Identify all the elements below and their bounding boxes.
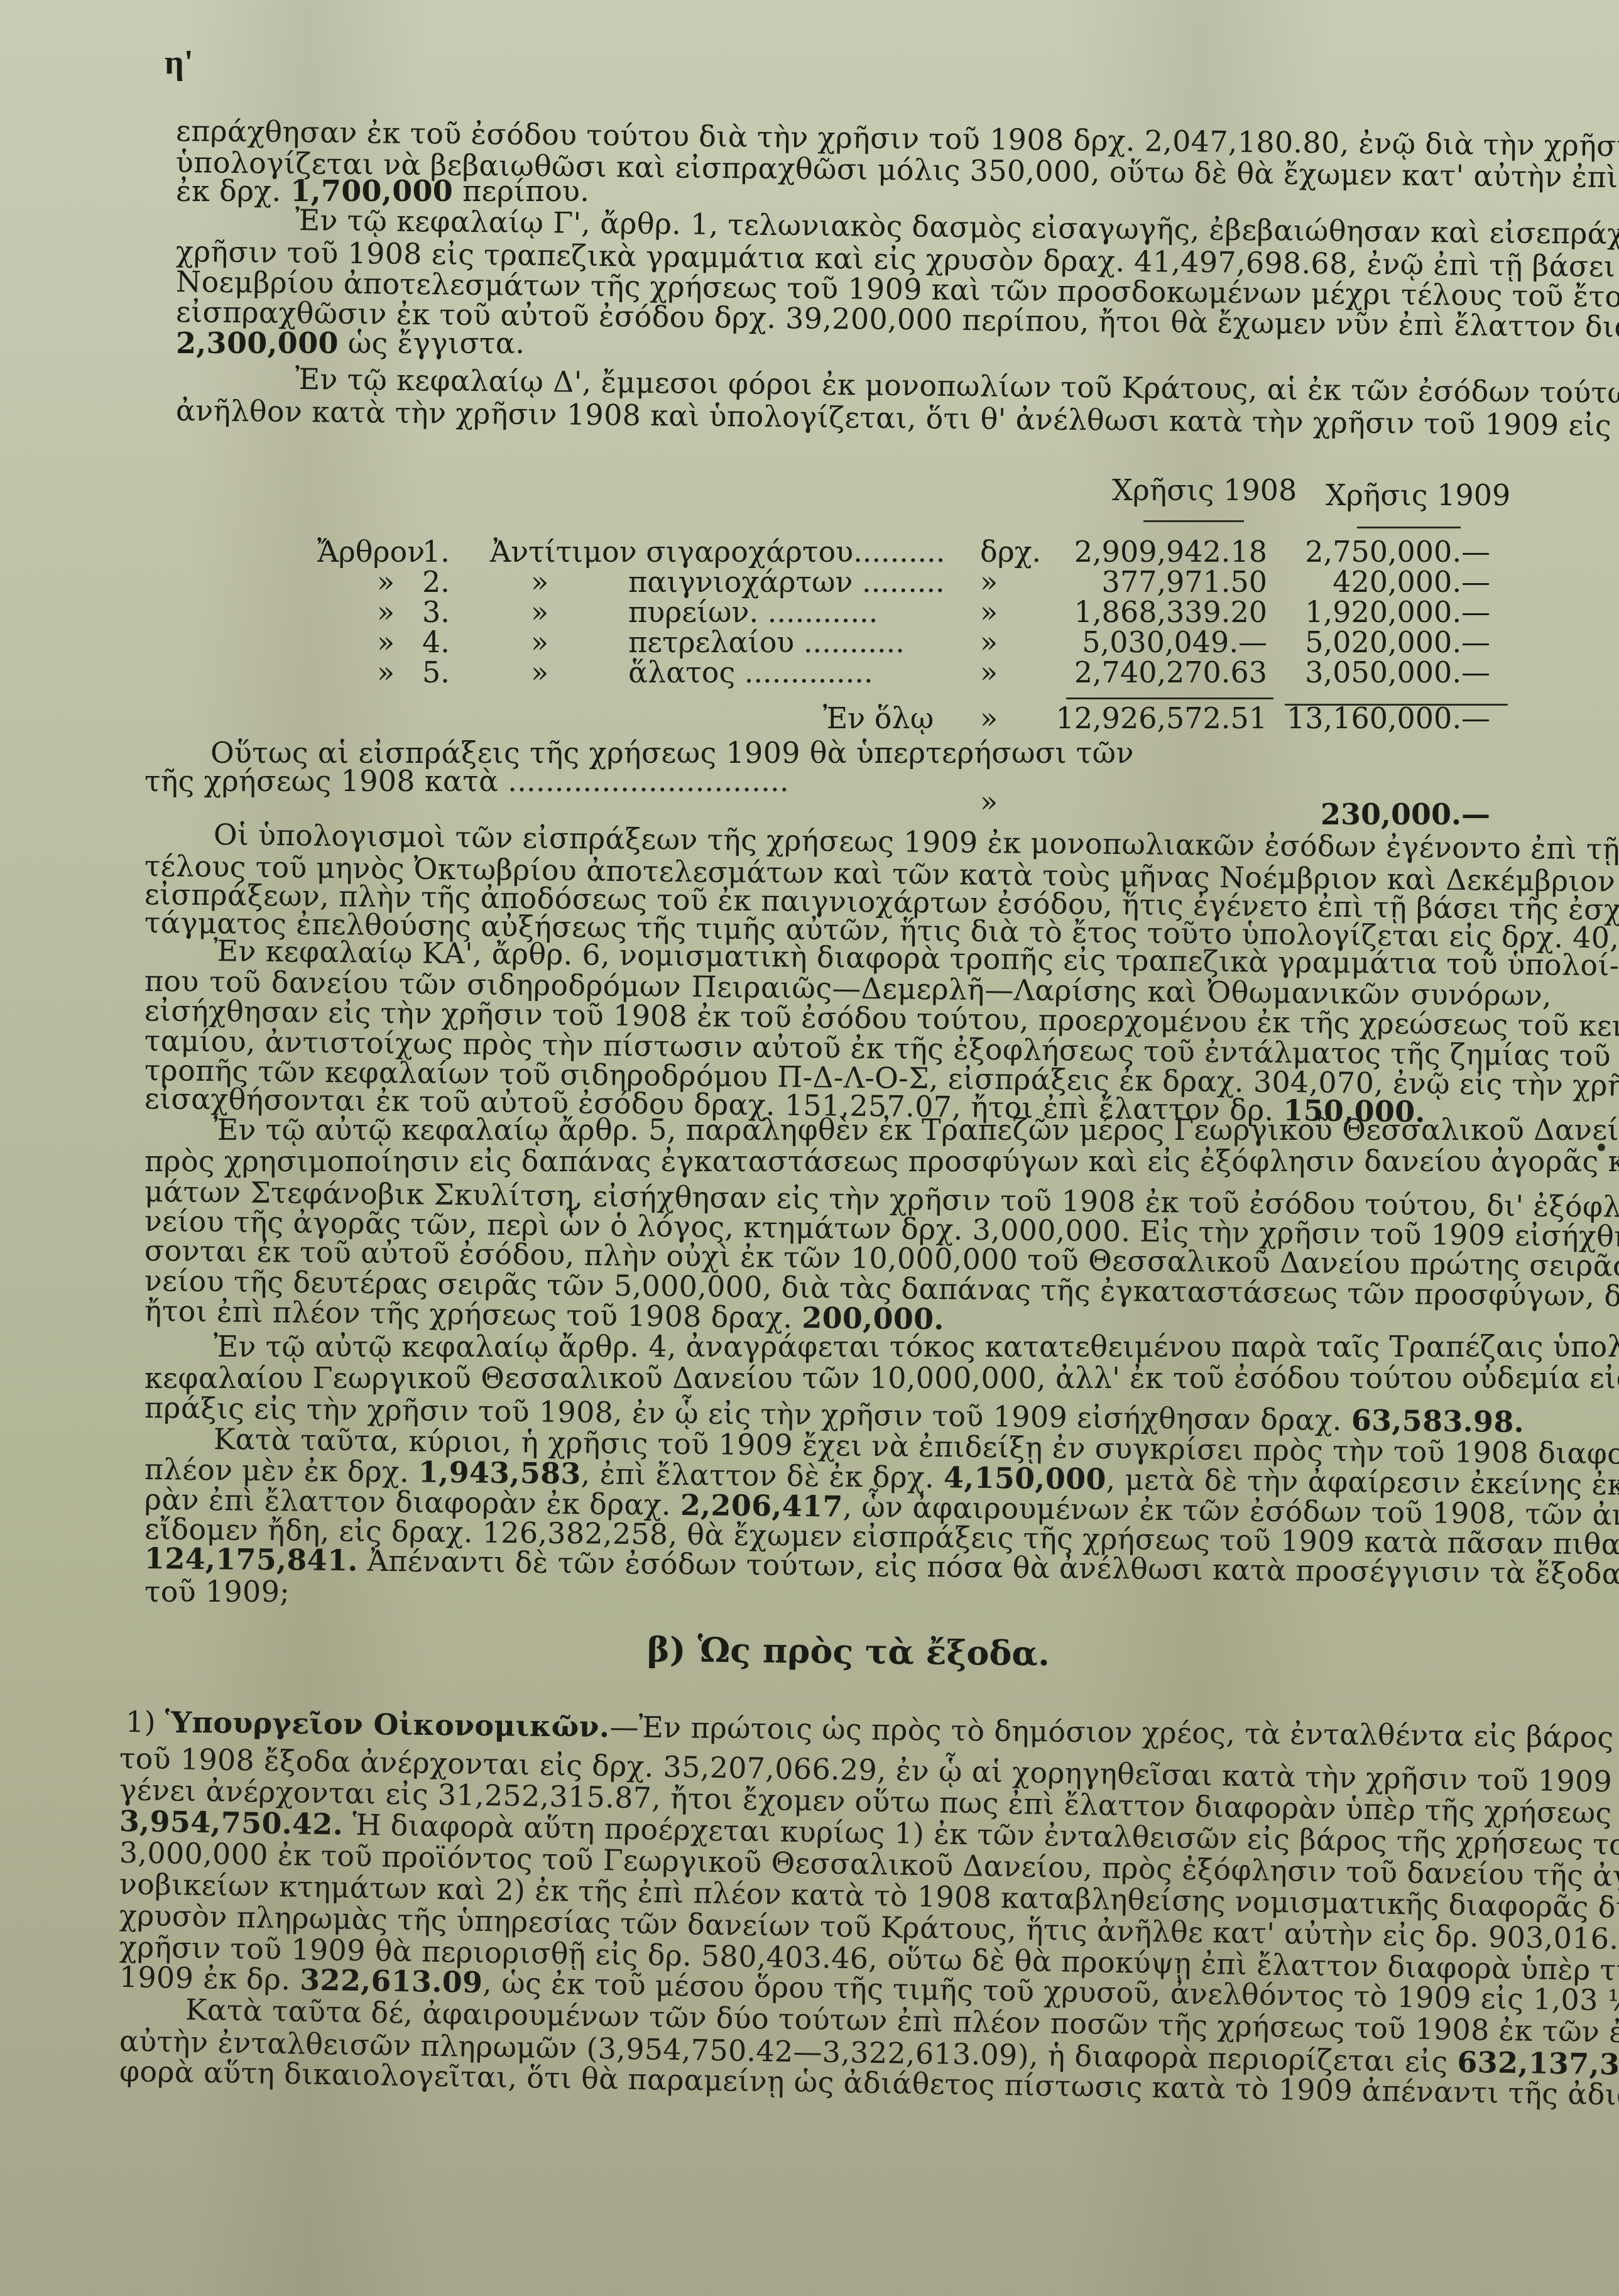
column-header-1909: Χρῆσις 1909 [1326,478,1510,513]
column-header-1908: Χρῆσις 1908 [1112,473,1297,508]
sum-rule [1066,697,1273,699]
section-heading-expenses: β) Ὡς πρὸς τὰ ἔξοδα. [647,1629,1050,1674]
page-number: η' [165,43,194,82]
total-label: Ἐν ὅλῳ [823,701,934,736]
table-total-row: Ἐν ὅλῳ » 12,926,572.51 13,160,000.— [0,701,1619,736]
table-row: » 5. » ἅλατος .............. » 2,740,270… [0,655,1619,690]
text-line: κεφαλαίου Γεωργικοῦ Θεσσαλικοῦ Δανείου τ… [144,1360,1552,1396]
surplus-amount: 230,000.— [1321,797,1490,832]
header-rule [1357,527,1461,528]
ministry-title: Ὑπουργεῖον Οἰκονομικῶν. [165,1705,609,1744]
text-line: τοῦ 1909; [144,1574,1527,1609]
text-line: πρὸς χρησιμοποίησιν εἰς δαπάνας ἐγκαταστ… [144,1144,1552,1179]
text-line: Ἐν τῷ αὐτῷ κεφαλαίῳ ἄρθρ. 4, ἀναγράφεται… [214,1329,1545,1364]
header-rule [1143,520,1244,522]
bold-amount: 2,300,000 [176,326,339,360]
text-line: Ἐν τῷ αὐτῷ κεφαλαίῳ ἄρθρ. 5, παραληφθὲν … [214,1112,1545,1147]
surplus-value-row: 230,000.— [0,779,1619,814]
text-line: 2,300,000 ὡς ἔγγιστα. [176,325,1558,361]
bold-amount: 124,175,841. [144,1541,358,1578]
